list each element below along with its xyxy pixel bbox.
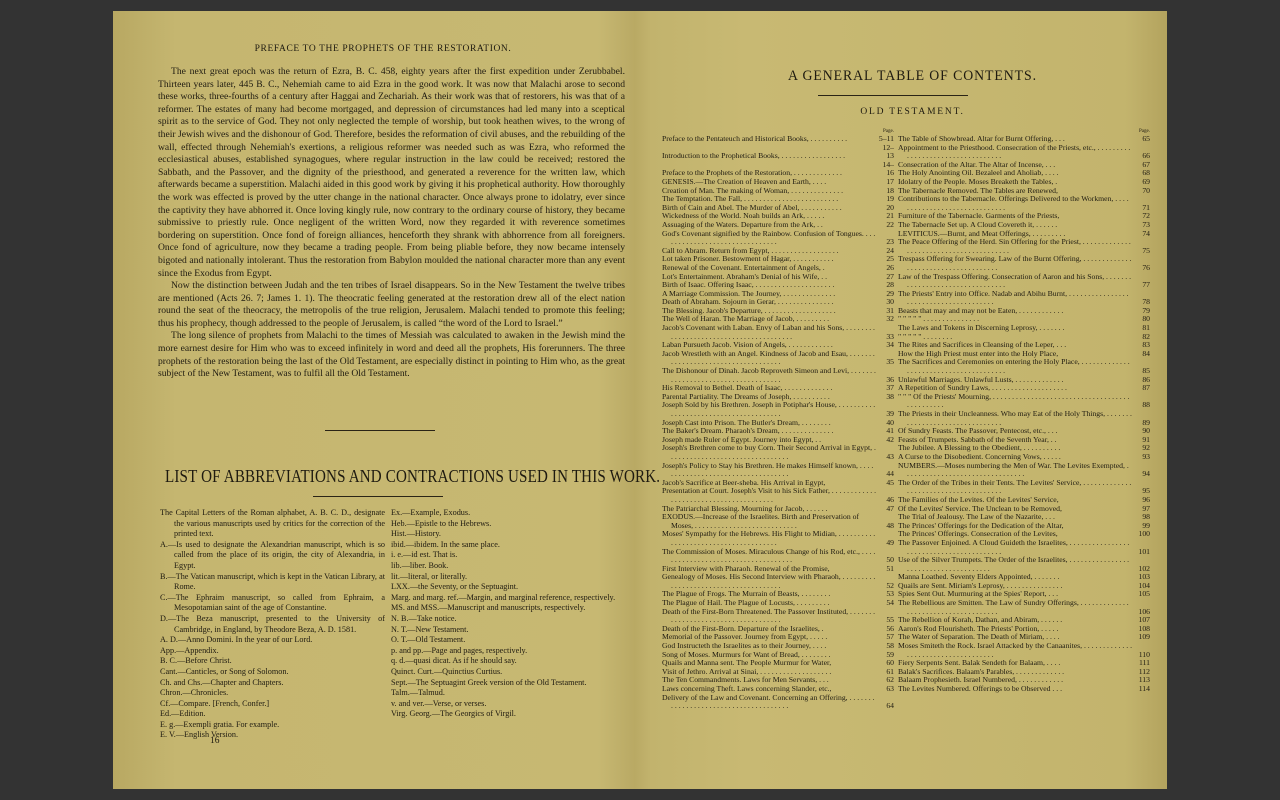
section-divider xyxy=(325,430,435,431)
toc-entry[interactable]: Renewal of the Covenant. Entertainment o… xyxy=(662,264,894,273)
toc-entry-title: Preface to the Pentateuch and Historical… xyxy=(662,135,876,144)
toc-entry[interactable]: The Trial of Jealousy. The Law of the Na… xyxy=(898,513,1150,522)
abbreviation-item: C.—The Ephraim manuscript, so called fro… xyxy=(160,593,385,614)
toc-entry-page: 94 xyxy=(1132,470,1150,479)
toc-entry-title: Death of Abraham. Sojourn in Gerar, . . … xyxy=(662,298,876,307)
toc-entry-title: Beasts that may and may not be Eaten, . … xyxy=(898,307,1132,316)
toc-entry[interactable]: A Repetition of Sundry Laws, . . . . . .… xyxy=(898,384,1150,393)
toc-entry-page: 74 xyxy=(1132,230,1150,239)
toc-entry[interactable]: God's Covenant signified by the Rainbow.… xyxy=(662,230,894,247)
toc-entry-title: The Commission of Moses. Miraculous Chan… xyxy=(662,548,876,565)
abbreviation-item: Heb.—Epistle to the Hebrews. xyxy=(391,519,636,530)
toc-entry[interactable]: Laws concerning Theft. Laws concerning S… xyxy=(662,685,894,694)
toc-entry-title: Balaam Prophesieth. Israel Numbered, . .… xyxy=(898,676,1132,685)
toc-entry[interactable]: Consecration of the Altar. The Altar of … xyxy=(898,161,1150,170)
toc-entry[interactable]: The Rites and Sacrifices in Cleansing of… xyxy=(898,341,1150,350)
toc-entry[interactable]: The Priests in their Uncleanness. Who ma… xyxy=(898,410,1150,427)
toc-entry[interactable]: Quails are Sent. Miriam's Leprosy, . . .… xyxy=(898,582,1150,591)
toc-entry[interactable]: Joseph Sold by his Brethren. Joseph in P… xyxy=(662,401,894,418)
running-head: PREFACE TO THE PROPHETS OF THE RESTORATI… xyxy=(113,44,653,54)
abbreviations-column-right: Ex.—Example, Exodus.Heb.—Epistle to the … xyxy=(391,508,636,720)
toc-entry[interactable]: " " " Of the Priests' Mourning, . . . . … xyxy=(898,393,1150,410)
toc-entry-title: Renewal of the Covenant. Entertainment o… xyxy=(662,264,876,273)
toc-entry[interactable]: The Sacrifices and Ceremonies on enterin… xyxy=(898,358,1150,375)
toc-entry-title: God Instructeth the Israelites as to the… xyxy=(662,642,876,651)
toc-entry[interactable]: Use of the Silver Trumpets. The Order of… xyxy=(898,556,1150,573)
toc-entry-page: 101 xyxy=(1132,548,1150,557)
toc-entry[interactable]: The Commission of Moses. Miraculous Chan… xyxy=(662,548,894,565)
toc-entry-title: Visit of Jethro. Arrival at Sinai, . . .… xyxy=(662,668,876,677)
toc-entry[interactable]: Jacob's Covenant with Laban. Envy of Lab… xyxy=(662,324,894,341)
toc-entry-title: The Ten Commandments. Laws for Men Serva… xyxy=(662,676,876,685)
toc-entry-title: The Baker's Dream. Pharaoh's Dream, . . … xyxy=(662,427,876,436)
toc-entry-title: The Plague of Frogs. The Murrain of Beas… xyxy=(662,590,876,599)
abbreviation-item: Cf.—Compare. [French, Confer.] xyxy=(160,699,385,710)
toc-entry[interactable]: His Removal to Bethel. Death of Isaac, .… xyxy=(662,384,894,393)
title-rule xyxy=(818,95,968,96)
toc-entry-title: The Plague of Hail. The Plague of Locust… xyxy=(662,599,876,608)
toc-entry-title: Law of the Trespass Offering. Consecrati… xyxy=(898,273,1132,290)
toc-entry-title: A Repetition of Sundry Laws, . . . . . .… xyxy=(898,384,1132,393)
toc-entry[interactable]: God Instructeth the Israelites as to the… xyxy=(662,642,894,651)
toc-entry-title: The Well of Haran. The Marriage of Jacob… xyxy=(662,315,876,324)
toc-entry[interactable]: Song of Moses. Murmurs for Want of Bread… xyxy=(662,651,894,660)
toc-entry-page: 47 xyxy=(876,505,894,514)
toc-entry[interactable]: The Well of Haran. The Marriage of Jacob… xyxy=(662,315,894,324)
toc-entry-title: The Princes' Offerings for the Dedicatio… xyxy=(898,522,1132,531)
toc-entry-title: Lot's Entertainment. Abraham's Denial of… xyxy=(662,273,876,282)
toc-entry[interactable]: The Temptation. The Fall, . . . . . . . … xyxy=(662,195,894,204)
toc-entry-title: The Priests in their Uncleanness. Who ma… xyxy=(898,410,1132,427)
toc-entry[interactable]: Jacob's Sacrifice at Beer-sheba. His Arr… xyxy=(662,479,894,488)
toc-entry-title: Quails are Sent. Miriam's Leprosy, . . .… xyxy=(898,582,1132,591)
toc-entry-title: The Tabernacle Set up. A Cloud Covereth … xyxy=(898,221,1132,230)
toc-entry-title: The Holy Anointing Oil. Bezaleel and Aho… xyxy=(898,169,1132,178)
toc-entry-title: The Water of Separation. The Death of Mi… xyxy=(898,633,1132,642)
toc-entry[interactable]: Creation of Man. The making of Woman, . … xyxy=(662,187,894,196)
toc-entry-title: Spies Sent Out. Murmuring at the Spies' … xyxy=(898,590,1132,599)
toc-entry[interactable]: Law of the Trespass Offering. Consecrati… xyxy=(898,273,1150,290)
toc-entry-page: 35 xyxy=(876,358,894,367)
toc-entry[interactable]: Visit of Jethro. Arrival at Sinai, . . .… xyxy=(662,668,894,677)
toc-entry[interactable]: Death of the First-Born. Departure of th… xyxy=(662,625,894,634)
toc-entry[interactable]: Wickedness of the World. Noah builds an … xyxy=(662,212,894,221)
toc-entry[interactable]: Feasts of Trumpets. Sabbath of the Seven… xyxy=(898,436,1150,445)
abbreviation-item: q. d.—quasi dicat. As if he should say. xyxy=(391,656,636,667)
toc-entry-title: Laban Pursueth Jacob. Vision of Angels, … xyxy=(662,341,876,350)
toc-entry[interactable]: The Blessing. Jacob's Departure, . . . .… xyxy=(662,307,894,316)
left-page: PREFACE TO THE PROPHETS OF THE RESTORATI… xyxy=(113,11,653,789)
toc-entry-title: The Blessing. Jacob's Departure, . . . .… xyxy=(662,307,876,316)
toc-entry[interactable]: Spies Sent Out. Murmuring at the Spies' … xyxy=(898,590,1150,599)
toc-entry-title: Assuaging of the Waters. Departure from … xyxy=(662,221,876,230)
toc-entry-title: The Tabernacle Removed. The Tables are R… xyxy=(898,187,1132,196)
toc-entry[interactable]: How the High Priest must enter into the … xyxy=(898,350,1150,359)
abbreviation-item: B. C.—Before Christ. xyxy=(160,656,385,667)
toc-entry-title: Death of the First-Born. Departure of th… xyxy=(662,625,876,634)
toc-entry-page: 70 xyxy=(1132,187,1150,196)
toc-entry-page: 84 xyxy=(1132,350,1150,359)
toc-entry-title: Moses Smiteth the Rock. Israel Attacked … xyxy=(898,642,1132,659)
toc-entry-title: The Order of the Tribes in their Tents. … xyxy=(898,479,1132,496)
toc-entry-title: The Levites Numbered. Offerings to be Ob… xyxy=(898,685,1132,694)
toc-entry[interactable]: Preface to the Pentateuch and Historical… xyxy=(662,135,894,144)
preface-body: The next great epoch was the return of E… xyxy=(158,66,625,381)
toc-entry-page: 75 xyxy=(1132,247,1150,256)
abbreviations-column-left: The Capital Letters of the Roman alphabe… xyxy=(160,508,385,741)
toc-entry[interactable]: A Marriage Commission. The Journey, . . … xyxy=(662,290,894,299)
abbreviation-item: N. B.—Take notice. xyxy=(391,614,636,625)
toc-entry-page: 105 xyxy=(1132,590,1150,599)
toc-entry-title: Song of Moses. Murmurs for Want of Bread… xyxy=(662,651,876,660)
toc-entry[interactable]: The Patriarchal Blessing. Mourning for J… xyxy=(662,505,894,514)
toc-entry-page: 45 xyxy=(876,479,894,488)
abbreviation-item: Sept.—The Septuagint Greek version of th… xyxy=(391,678,636,689)
toc-entry-title: The Priests' Entry into Office. Nadab an… xyxy=(898,290,1132,307)
toc-entry-page: 63 xyxy=(876,685,894,694)
toc-entry[interactable]: Balak's Sacrifices. Balaam's Parables, .… xyxy=(898,668,1150,677)
abbreviation-item: Quinct. Curt.—Quinctius Curtius. xyxy=(391,667,636,678)
abbreviation-item: D.—The Beza manuscript, presented to the… xyxy=(160,614,385,635)
toc-entry-title: Fiery Serpents Sent. Balak Sendeth for B… xyxy=(898,659,1132,668)
toc-entry[interactable]: NUMBERS.—Moses numbering the Men of War.… xyxy=(898,462,1150,479)
toc-entry[interactable]: The Princes' Offerings. Consecration of … xyxy=(898,530,1150,539)
toc-column-1: Page. Preface to the Pentateuch and Hist… xyxy=(662,129,894,711)
abbreviation-item: Hist.—History. xyxy=(391,529,636,540)
toc-entry-title: Joseph's Policy to Stay his Brethren. He… xyxy=(662,462,876,479)
abbreviation-item: Ed.—Edition. xyxy=(160,709,385,720)
toc-entry[interactable]: Beasts that may and may not be Eaten, . … xyxy=(898,307,1150,316)
toc-entry-page: 76 xyxy=(1132,264,1150,273)
toc-entry[interactable]: Birth of Cain and Abel. The Murder of Ab… xyxy=(662,204,894,213)
toc-entry[interactable]: Trespass Offering for Swearing. Law of t… xyxy=(898,255,1150,272)
toc-entry[interactable]: Joseph made Ruler of Egypt. Journey into… xyxy=(662,436,894,445)
toc-entry[interactable]: Lot's Entertainment. Abraham's Denial of… xyxy=(662,273,894,282)
toc-entry-page: 32 xyxy=(876,315,894,324)
toc-entry-title: The Dishonour of Dinah. Jacob Reproveth … xyxy=(662,367,876,384)
toc-entry-title: The Laws and Tokens in Discerning Lepros… xyxy=(898,324,1132,333)
abbreviation-item: A. D.—Anno Domini. In the year of our Lo… xyxy=(160,635,385,646)
toc-entry-title: Memorial of the Passover. Journey from E… xyxy=(662,633,876,642)
abbreviation-item: lit.—literal, or literally. xyxy=(391,572,636,583)
toc-entry-page: 14–16 xyxy=(876,161,894,178)
toc-entry[interactable]: First Interview with Pharaoh. Renewal of… xyxy=(662,565,894,574)
toc-entry-title: Introduction to the Prophetical Books, .… xyxy=(662,152,876,161)
toc-entry-title: The Rebellion of Korah, Dathan, and Abir… xyxy=(898,616,1132,625)
toc-entry[interactable]: Appointment to the Priesthood. Consecrat… xyxy=(898,144,1150,161)
toc-entry-title: God's Covenant signified by the Rainbow.… xyxy=(662,230,876,247)
toc-entry-page: 87 xyxy=(1132,384,1150,393)
toc-entry[interactable]: The Holy Anointing Oil. Bezaleel and Aho… xyxy=(898,169,1150,178)
toc-entry[interactable]: The Plague of Frogs. The Murrain of Beas… xyxy=(662,590,894,599)
toc-entry-title: Jacob Wrestleth with an Angel. Kindness … xyxy=(662,350,876,367)
toc-entry-title: Of the Levites' Service. The Unclean to … xyxy=(898,505,1132,514)
toc-entry-title: " " " " " . . . . . . . . . . . . . . . xyxy=(898,315,1132,324)
abbreviation-item: LXX.—the Seventy, or the Septuagint. xyxy=(391,582,636,593)
toc-entry-page: 43 xyxy=(876,453,894,462)
toc-entry[interactable]: The Tabernacle Set up. A Cloud Covereth … xyxy=(898,221,1150,230)
paragraph: Now the distinction between Judah and th… xyxy=(158,280,625,330)
toc-entry[interactable]: The Rebellion of Korah, Dathan, and Abir… xyxy=(898,616,1150,625)
toc-entry[interactable]: Balaam Prophesieth. Israel Numbered, . .… xyxy=(898,676,1150,685)
toc-entry[interactable]: LEVITICUS.—Burnt, and Meat Offerings, . … xyxy=(898,230,1150,239)
toc-entry-title: Manna Loathed. Seventy Elders Appointed,… xyxy=(898,573,1132,582)
toc-entry-title: Call to Abram. Return from Egypt, . . . … xyxy=(662,247,876,256)
toc-entry-page: 51 xyxy=(876,565,894,574)
title-rule xyxy=(313,496,443,497)
abbreviation-item: ibid.—ibidem. In the same place. xyxy=(391,540,636,551)
toc-entry-page: 77 xyxy=(1132,281,1150,290)
toc-entry[interactable]: Presentation at Court. Joseph's Visit to… xyxy=(662,487,894,504)
toc-entry[interactable]: The Passover Enjoined. A Cloud Guideth t… xyxy=(898,539,1150,556)
toc-entry-page: 12–13 xyxy=(876,144,894,161)
toc-entry-page: 34 xyxy=(876,341,894,350)
abbreviation-item: v. and ver.—Verse, or verses. xyxy=(391,699,636,710)
toc-entry[interactable]: Of the Levites' Service. The Unclean to … xyxy=(898,505,1150,514)
toc-entry-page: 109 xyxy=(1132,633,1150,642)
toc-entry[interactable]: Call to Abram. Return from Egypt, . . . … xyxy=(662,247,894,256)
paragraph: The next great epoch was the return of E… xyxy=(158,66,625,280)
toc-entry[interactable]: The Priests' Entry into Office. Nadab an… xyxy=(898,290,1150,307)
toc-entry[interactable]: Manna Loathed. Seventy Elders Appointed,… xyxy=(898,573,1150,582)
toc-entry-title: The Peace Offering of the Herd. Sin Offe… xyxy=(898,238,1132,255)
toc-entry[interactable]: The Princes' Offerings for the Dedicatio… xyxy=(898,522,1150,531)
toc-entry[interactable]: Parental Partiality. The Dreams of Josep… xyxy=(662,393,894,402)
toc-entry-title: Joseph Sold by his Brethren. Joseph in P… xyxy=(662,401,876,418)
toc-entry-title: Use of the Silver Trumpets. The Order of… xyxy=(898,556,1132,573)
page-number: 16 xyxy=(210,736,220,746)
abbreviations-title: LIST OF ABBREVIATIONS AND CONTRACTIONS U… xyxy=(165,466,660,487)
toc-entry[interactable]: The Families of the Levites. Of the Levi… xyxy=(898,496,1150,505)
toc-entry[interactable]: Lot taken Prisoner. Bestowment of Hagar,… xyxy=(662,255,894,264)
abbreviation-item: O. T.—Old Testament. xyxy=(391,635,636,646)
toc-entry[interactable]: Death of the First-Born Threatened. The … xyxy=(662,608,894,625)
toc-entry-title: Idolatry of the People. Moses Breaketh t… xyxy=(898,178,1132,187)
abbreviation-item: Chron.—Chronicles. xyxy=(160,688,385,699)
toc-entry[interactable]: EXODUS.—Increase of the Israelites. Birt… xyxy=(662,513,894,530)
abbreviation-item: E. g.—Exempli gratia. For example. xyxy=(160,720,385,731)
toc-entry[interactable]: Contributions to the Tabernacle. Offerin… xyxy=(898,195,1150,212)
toc-entry[interactable]: " " " " " . . . . . . . . . . . . . . .8… xyxy=(898,315,1150,324)
toc-entry-title: Jacob's Covenant with Laban. Envy of Lab… xyxy=(662,324,876,341)
abbreviation-item: i. e.—id est. That is. xyxy=(391,550,636,561)
toc-entry-title: Joseph made Ruler of Egypt. Journey into… xyxy=(662,436,876,445)
toc-entry-title: Of Sundry Feasts. The Passover, Pentecos… xyxy=(898,427,1132,436)
toc-entry-page: 114 xyxy=(1132,685,1150,694)
abbreviation-item: B.—The Vatican manuscript, which is kept… xyxy=(160,572,385,593)
toc-entry-title: Presentation at Court. Joseph's Visit to… xyxy=(662,487,876,504)
abbreviation-item: Cant.—Canticles, or Song of Solomon. xyxy=(160,667,385,678)
toc-entry-title: Genealogy of Moses. His Second Interview… xyxy=(662,573,876,590)
abbreviation-item: Ex.—Example, Exodus. xyxy=(391,508,636,519)
toc-entry-title: A Marriage Commission. The Journey, . . … xyxy=(662,290,876,299)
toc-entry[interactable]: The Baker's Dream. Pharaoh's Dream, . . … xyxy=(662,427,894,436)
toc-entry[interactable]: Genealogy of Moses. His Second Interview… xyxy=(662,573,894,590)
toc-title: A GENERAL TABLE OF CONTENTS. xyxy=(678,68,1146,85)
toc-entry-page: 93 xyxy=(1132,453,1150,462)
toc-entry-title: Appointment to the Priesthood. Consecrat… xyxy=(898,144,1132,161)
abbreviation-item: A.—Is used to designate the Alexandrian … xyxy=(160,540,385,572)
toc-entry[interactable]: Delivery of the Law and Covenant. Concer… xyxy=(662,694,894,711)
abbreviation-item: Ch. and Chs.—Chapter and Chapters. xyxy=(160,678,385,689)
toc-entry[interactable]: Moses' Sympathy for the Hebrews. His Fli… xyxy=(662,530,894,547)
toc-entry-title: The Jubilee. A Blessing to the Obedient,… xyxy=(898,444,1132,453)
paragraph: The long silence of prophets from Malach… xyxy=(158,330,625,380)
toc-entry[interactable]: The Levites Numbered. Offerings to be Ob… xyxy=(898,685,1150,694)
toc-entry-title: A Curse to the Disobedient. Concerning V… xyxy=(898,453,1132,462)
toc-entry-title: The Rites and Sacrifices in Cleansing of… xyxy=(898,341,1132,350)
toc-entry-page: 38 xyxy=(876,393,894,402)
toc-entry-title: Birth of Cain and Abel. The Murder of Ab… xyxy=(662,204,876,213)
toc-entry[interactable]: The Peace Offering of the Herd. Sin Offe… xyxy=(898,238,1150,255)
toc-entry-title: Aaron's Rod Flourisheth. The Priests' Po… xyxy=(898,625,1132,634)
toc-entry-page: 22 xyxy=(876,221,894,230)
toc-entry[interactable]: The Ten Commandments. Laws for Men Serva… xyxy=(662,676,894,685)
toc-entry[interactable]: Moses Smiteth the Rock. Israel Attacked … xyxy=(898,642,1150,659)
toc-entry[interactable]: GENESIS.—The Creation of Heaven and Eart… xyxy=(662,178,894,187)
toc-entry-title: The Princes' Offerings. Consecration of … xyxy=(898,530,1132,539)
toc-entry-title: The Families of the Levites. Of the Levi… xyxy=(898,496,1132,505)
toc-entry-title: Quails and Manna sent. The People Murmur… xyxy=(662,659,876,668)
toc-entry-title: Lot taken Prisoner. Bestowment of Hagar,… xyxy=(662,255,876,264)
toc-entry-title: The Patriarchal Blessing. Mourning for J… xyxy=(662,505,876,514)
toc-entry-page: 88 xyxy=(1132,401,1150,410)
toc-entry[interactable]: Introduction to the Prophetical Books, .… xyxy=(662,144,894,161)
toc-entry-title: The Rebellious are Smitten. The Law of S… xyxy=(898,599,1132,616)
toc-entry[interactable]: Joseph's Brethren come to buy Corn. Thei… xyxy=(662,444,894,461)
toc-entry[interactable]: Jacob Wrestleth with an Angel. Kindness … xyxy=(662,350,894,367)
toc-subtitle: OLD TESTAMENT. xyxy=(658,107,1167,117)
toc-entry-title: His Removal to Bethel. Death of Isaac, .… xyxy=(662,384,876,393)
toc-entry[interactable]: Furniture of the Tabernacle. Garments of… xyxy=(898,212,1150,221)
abbreviation-item: Talm.—Talmud. xyxy=(391,688,636,699)
toc-entry-title: GENESIS.—The Creation of Heaven and Eart… xyxy=(662,178,876,187)
toc-entry[interactable]: Birth of Isaac. Offering Isaac, . . . . … xyxy=(662,281,894,290)
abbreviation-item: Marg. and marg. ref.—Margin, and margina… xyxy=(391,593,636,604)
toc-column-2: Page. The Table of Showbread. Altar for … xyxy=(898,129,1150,694)
abbreviation-item: Virg. Georg.—The Georgics of Virgil. xyxy=(391,709,636,720)
toc-entry[interactable]: Memorial of the Passover. Journey from E… xyxy=(662,633,894,642)
toc-entry-title: Jacob's Sacrifice at Beer-sheba. His Arr… xyxy=(662,479,876,488)
toc-entry[interactable]: The Jubilee. A Blessing to the Obedient,… xyxy=(898,444,1150,453)
toc-entry-title: LEVITICUS.—Burnt, and Meat Offerings, . … xyxy=(898,230,1132,239)
toc-entry-title: EXODUS.—Increase of the Israelites. Birt… xyxy=(662,513,876,530)
toc-entry-title: Joseph's Brethren come to buy Corn. Thei… xyxy=(662,444,876,461)
toc-entry-page: 48 xyxy=(876,522,894,531)
toc-entry[interactable]: A Curse to the Disobedient. Concerning V… xyxy=(898,453,1150,462)
toc-entry[interactable]: The Table of Showbread. Altar for Burnt … xyxy=(898,135,1150,144)
toc-entry-title: NUMBERS.—Moses numbering the Men of War.… xyxy=(898,462,1132,479)
toc-entry-page: 42 xyxy=(876,436,894,445)
abbreviation-item: N. T.—New Testament. xyxy=(391,625,636,636)
toc-entry-title: Unlawful Marriages. Unlawful Lusts, . . … xyxy=(898,376,1132,385)
toc-entry-title: Birth of Isaac. Offering Isaac, . . . . … xyxy=(662,281,876,290)
toc-entry-title: Balak's Sacrifices. Balaam's Parables, .… xyxy=(898,668,1132,677)
toc-entry[interactable]: Quails and Manna sent. The People Murmur… xyxy=(662,659,894,668)
toc-entry-title: Creation of Man. The making of Woman, . … xyxy=(662,187,876,196)
toc-entry[interactable]: Joseph Cast into Prison. The Butler's Dr… xyxy=(662,419,894,428)
abbreviation-item: lib.—liber. Book. xyxy=(391,561,636,572)
toc-entry[interactable]: Idolatry of the People. Moses Breaketh t… xyxy=(898,178,1150,187)
toc-entry[interactable]: Aaron's Rod Flourisheth. The Priests' Po… xyxy=(898,625,1150,634)
abbreviation-item: App.—Appendix. xyxy=(160,646,385,657)
toc-entry[interactable]: The Rebellious are Smitten. The Law of S… xyxy=(898,599,1150,616)
right-page: A GENERAL TABLE OF CONTENTS. OLD TESTAME… xyxy=(658,11,1167,789)
book-spread: PREFACE TO THE PROPHETS OF THE RESTORATI… xyxy=(113,11,1167,789)
toc-entry-title: Contributions to the Tabernacle. Offerin… xyxy=(898,195,1132,212)
toc-entry-title: Furniture of the Tabernacle. Garments of… xyxy=(898,212,1132,221)
toc-entry-page: 100 xyxy=(1132,530,1150,539)
abbreviation-item: E. V.—English Version. xyxy=(160,730,385,741)
toc-entry-title: The Sacrifices and Ceremonies on enterin… xyxy=(898,358,1132,375)
toc-entry[interactable]: Laban Pursueth Jacob. Vision of Angels, … xyxy=(662,341,894,350)
toc-entry-title: How the High Priest must enter into the … xyxy=(898,350,1132,359)
toc-entry-title: Feasts of Trumpets. Sabbath of the Seven… xyxy=(898,436,1132,445)
toc-entry-title: Wickedness of the World. Noah builds an … xyxy=(662,212,876,221)
toc-entry[interactable]: " " " " " . . . . . . . .82 xyxy=(898,333,1150,342)
toc-entry-title: " " " Of the Priests' Mourning, . . . . … xyxy=(898,393,1132,410)
toc-entry[interactable]: Fiery Serpents Sent. Balak Sendeth for B… xyxy=(898,659,1150,668)
toc-entry[interactable]: Assuaging of the Waters. Departure from … xyxy=(662,221,894,230)
toc-entry-page: 64 xyxy=(876,702,894,711)
toc-entry[interactable]: Unlawful Marriages. Unlawful Lusts, . . … xyxy=(898,376,1150,385)
toc-entry-title: The Passover Enjoined. A Cloud Guideth t… xyxy=(898,539,1132,556)
toc-entry-page: 54 xyxy=(876,599,894,608)
toc-entry[interactable]: Death of Abraham. Sojourn in Gerar, . . … xyxy=(662,298,894,307)
toc-entry[interactable]: Of Sundry Feasts. The Passover, Pentecos… xyxy=(898,427,1150,436)
toc-entry-title: Trespass Offering for Swearing. Law of t… xyxy=(898,255,1132,272)
toc-entry-title: Preface to the Prophets of the Restorati… xyxy=(662,169,876,178)
toc-entry[interactable]: Joseph's Policy to Stay his Brethren. He… xyxy=(662,462,894,479)
toc-entry-title: Laws concerning Theft. Laws concerning S… xyxy=(662,685,876,694)
toc-entry[interactable]: The Water of Separation. The Death of Mi… xyxy=(898,633,1150,642)
toc-entry-title: Parental Partiality. The Dreams of Josep… xyxy=(662,393,876,402)
toc-entry-title: The Temptation. The Fall, . . . . . . . … xyxy=(662,195,876,204)
toc-entry[interactable]: The Plague of Hail. The Plague of Locust… xyxy=(662,599,894,608)
toc-entry-title: Joseph Cast into Prison. The Butler's Dr… xyxy=(662,419,876,428)
abbreviation-item: The Capital Letters of the Roman alphabe… xyxy=(160,508,385,540)
toc-entry-title: Delivery of the Law and Covenant. Concer… xyxy=(662,694,876,711)
toc-entry[interactable]: The Tabernacle Removed. The Tables are R… xyxy=(898,187,1150,196)
toc-entry-title: First Interview with Pharaoh. Renewal of… xyxy=(662,565,876,574)
toc-entry-title: " " " " " . . . . . . . . xyxy=(898,333,1132,342)
toc-entry-page: 65 xyxy=(1132,135,1150,144)
toc-entry-title: The Trial of Jealousy. The Law of the Na… xyxy=(898,513,1132,522)
abbreviation-item: MS. and MSS.—Manuscript and manuscripts,… xyxy=(391,603,636,614)
toc-entry[interactable]: The Order of the Tribes in their Tents. … xyxy=(898,479,1150,496)
abbreviation-item: p. and pp.—Page and pages, respectively. xyxy=(391,646,636,657)
toc-entry-title: Consecration of the Altar. The Altar of … xyxy=(898,161,1132,170)
toc-entry-title: Death of the First-Born Threatened. The … xyxy=(662,608,876,625)
toc-entry-page: 49 xyxy=(876,539,894,548)
toc-entry[interactable]: The Laws and Tokens in Discerning Lepros… xyxy=(898,324,1150,333)
toc-entry[interactable]: Preface to the Prophets of the Restorati… xyxy=(662,161,894,178)
toc-entry-title: Moses' Sympathy for the Hebrews. His Fli… xyxy=(662,530,876,547)
toc-entry-title: The Table of Showbread. Altar for Burnt … xyxy=(898,135,1132,144)
toc-entry[interactable]: The Dishonour of Dinah. Jacob Reproveth … xyxy=(662,367,894,384)
